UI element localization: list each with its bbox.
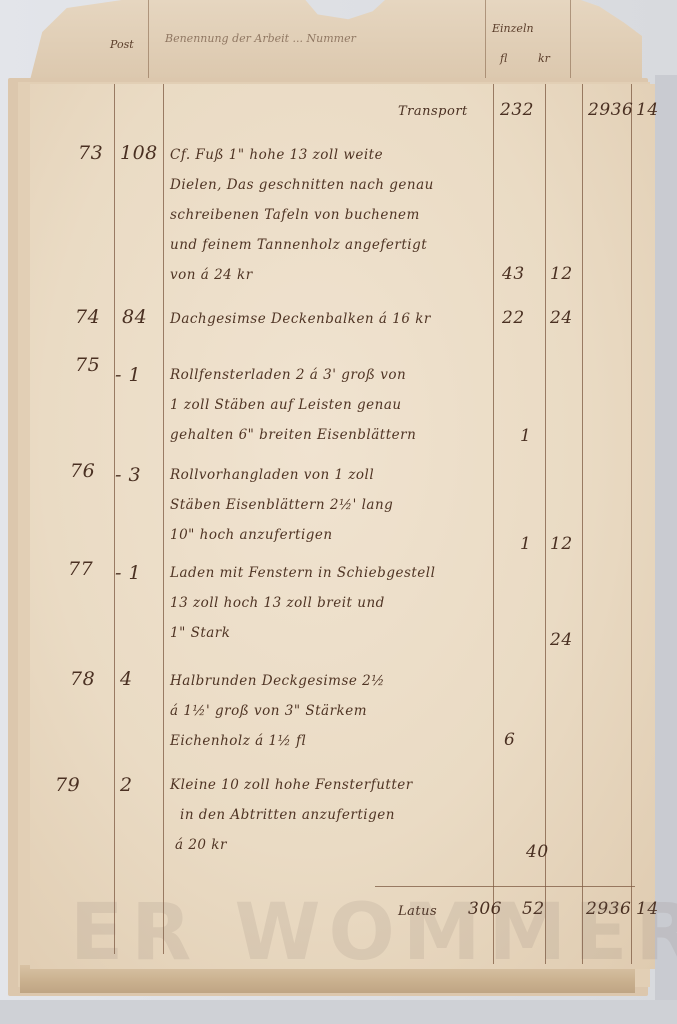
entry-fl: 22 [502, 308, 525, 328]
entry-line: Stäben Eisenblättern 2½' lang [170, 492, 393, 518]
entry-kr: 12 [550, 534, 573, 554]
entry-line: Cf. Fuß 1" hohe 13 zoll weite [170, 142, 383, 168]
column-rule [148, 0, 149, 80]
entry-number: 73 [78, 142, 103, 164]
ledger-page: Transport 232 2936 14 73 108 Cf. Fuß 1" … [30, 84, 655, 969]
entry-fl: 1 [520, 426, 531, 446]
transport-label: Transport [398, 104, 468, 119]
entry-fl: 1 [520, 534, 531, 554]
header-fl: fl [500, 52, 507, 65]
entry-number: 75 [75, 354, 100, 376]
entry-line: 1 zoll Stäben auf Leisten genau [170, 392, 402, 418]
entry-quantity: 4 [120, 668, 133, 690]
entry-line: gehalten 6" breiten Eisenblättern [170, 422, 416, 448]
entry-line: 13 zoll hoch 13 zoll breit und [170, 590, 385, 616]
entry-line: schreibenen Tafeln von buchenem [170, 202, 420, 228]
entry-fl: 6 [504, 730, 515, 750]
entry-line: 10" hoch anzufertigen [170, 522, 333, 548]
column-rule-amount4 [631, 84, 632, 964]
transport-col1: 232 [500, 100, 534, 120]
column-rule [485, 0, 486, 80]
entry-quantity: - 1 [115, 364, 141, 386]
header-description: Benennung der Arbeit ... Nummer [165, 32, 356, 45]
total-rule [375, 886, 635, 887]
scanner-margin-bottom [0, 1000, 677, 1024]
header-post: Post [110, 38, 134, 51]
entry-quantity: - 1 [115, 562, 141, 584]
entry-kr: 40 [526, 842, 549, 862]
entry-line: Halbrunden Deckgesimse 2½ [170, 668, 385, 694]
entry-line: Eichenholz á 1½ fl [170, 728, 306, 754]
column-rule-quantity [163, 84, 164, 954]
entry-kr: 24 [550, 630, 573, 650]
column-rule [570, 0, 571, 80]
entry-quantity: - 3 [115, 464, 141, 486]
column-rule-number [114, 84, 115, 954]
entry-quantity: 108 [120, 142, 158, 164]
entry-kr: 24 [550, 308, 573, 328]
entry-line: 1" Stark [170, 620, 230, 646]
entry-number: 78 [70, 668, 95, 690]
entry-line: Dielen, Das geschnitten nach genau [170, 172, 434, 198]
entry-line: von á 24 kr [170, 262, 253, 288]
entry-line: á 1½' groß von 3" Stärkem [170, 698, 367, 724]
entry-number: 79 [55, 774, 80, 796]
entry-line: á 20 kr [175, 832, 227, 858]
entry-number: 77 [68, 558, 93, 580]
entry-line: Kleine 10 zoll hohe Fensterfutter [170, 772, 413, 798]
transport-col4: 14 [636, 100, 659, 120]
entry-line: Laden mit Fenstern in Schiebgestell [170, 560, 435, 586]
entry-line: Rollfensterladen 2 á 3' groß von [170, 362, 406, 388]
scanner-margin-right [655, 75, 677, 1024]
header-kr: kr [538, 52, 550, 65]
entry-quantity: 84 [122, 306, 147, 328]
entry-line: Dachgesimse Deckenbalken á 16 kr [170, 306, 431, 332]
entry-kr: 12 [550, 264, 573, 284]
entry-line: und feinem Tannenholz angefertigt [170, 232, 427, 258]
entry-number: 74 [75, 306, 100, 328]
entry-number: 76 [70, 460, 95, 482]
column-rule-amount3 [582, 84, 583, 964]
entry-line: Rollvorhangladen von 1 zoll [170, 462, 374, 488]
column-rule-amount2 [545, 84, 546, 964]
entry-fl: 43 [502, 264, 525, 284]
entry-quantity: 2 [120, 774, 133, 796]
transport-col3: 2936 [588, 100, 633, 120]
header-einzeln: Einzeln [492, 22, 534, 35]
watermark-text: ER WOMMER [70, 888, 677, 978]
column-rule-amount1 [493, 84, 494, 964]
entry-line: in den Abtritten anzufertigen [180, 802, 395, 828]
